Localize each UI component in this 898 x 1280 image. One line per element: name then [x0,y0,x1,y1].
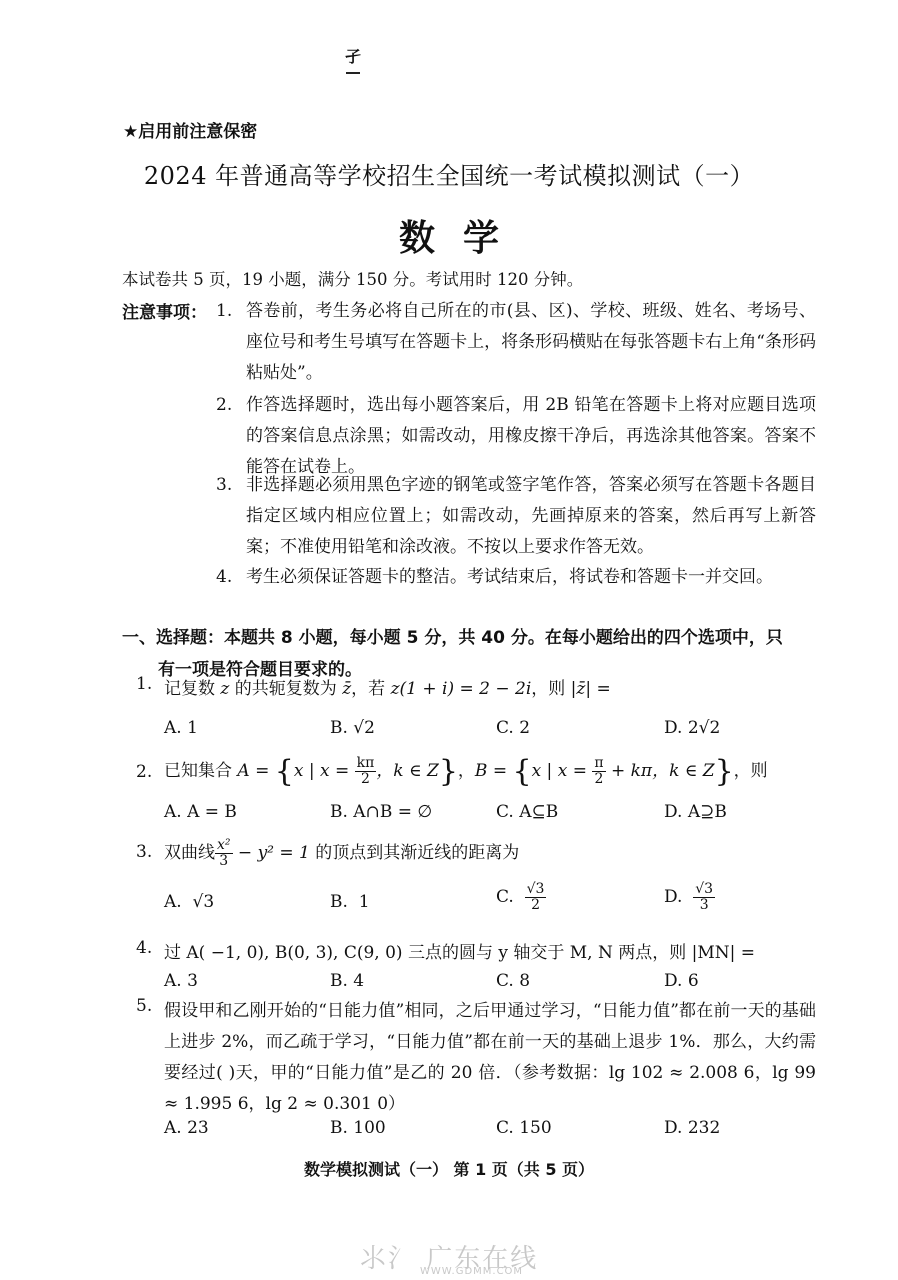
math-expression: z(1 + i) = 2 − 2i [391,679,532,699]
numerator: √3 [693,882,715,898]
options-row: A. √3 B. 1 C. √32 D. √33 [164,892,824,932]
option-c: C. A⊆B [496,802,558,822]
option-b: B. 100 [330,1118,386,1138]
option-label: A. [164,892,182,912]
option-b: B. √2 [330,718,375,738]
denominator: 2 [525,898,547,913]
options-row: A. A = B B. A∩B = ∅ C. A⊆B D. A⊇B [164,802,824,832]
option-b: B. 4 [330,971,364,991]
denominator: 2 [592,772,605,787]
question-4: 4. 过 A( −1, 0), B(0, 3), C(9, 0) 三点的圆与 y… [136,938,816,969]
watermark: ⺢⺡ 广东在线 WWW.GDMM.COM [360,1238,560,1280]
confidential-notice: ★启用前注意保密 [123,117,257,142]
option-d: D. 232 [664,1118,720,1138]
fraction: x²3 [215,838,233,869]
option-d: D. √33 [664,882,715,913]
math-expression: + kπ，k ∈ Z [606,761,715,781]
option-a: A. A = B [164,802,237,822]
right-brace: } [439,754,458,789]
option-value: √3 [193,892,215,912]
right-brace: } [715,754,734,789]
watermark-url: WWW.GDMM.COM [420,1266,523,1277]
option-d: D. 2√2 [664,718,720,738]
note-text: 考生必须保证答题卡的整洁。考试结束后，将试卷和答题卡一并交回。 [246,562,816,593]
exam-title: 2024 年普通高等学校招生全国统一考试模拟测试（一） [0,156,898,191]
question-stem: 已知集合 A = {x | x = kπ2，k ∈ Z}，B = {x | x … [164,756,816,787]
math-expression: − y² = 1 [233,843,316,863]
question-5: 5. 假设甲和乙刚开始的“日能力值”相同，之后甲通过学习，“日能力值”都在前一天… [136,996,816,1120]
fraction: √32 [525,882,547,913]
options-row: A. 23 B. 100 C. 150 D. 232 [164,1118,824,1148]
option-label: D. [664,887,682,907]
option-label: C. [496,887,514,907]
option-a: A. 1 [164,718,198,738]
left-brace: { [512,754,531,789]
question-stem: 记复数 z 的共轭复数为 z̄，若 z(1 + i) = 2 − 2i，则 |z… [164,674,816,705]
section-heading-line1: 一、选择题：本题共 8 小题，每小题 5 分，共 40 分。在每小题给出的四个选… [122,628,783,648]
option-c: C. 8 [496,971,530,991]
numerator: π [592,756,605,772]
question-stem: 假设甲和乙刚开始的“日能力值”相同，之后甲通过学习，“日能力值”都在前一天的基础… [164,996,816,1120]
option-d: D. A⊇B [664,802,727,822]
option-c: C. 2 [496,718,530,738]
option-c: C. 150 [496,1118,552,1138]
stem-text: | = [585,679,610,699]
math-expression: A = [237,761,274,781]
question-number: 4. [136,938,152,958]
notes-label: 注意事项： [122,298,207,323]
question-number: 5. [136,996,152,1016]
option-c: C. √32 [496,882,546,913]
denominator: 2 [355,772,377,787]
question-number: 3. [136,842,152,862]
stem-text: ，则 | [531,679,576,699]
math-var: x [532,761,542,781]
options-row: A. 1 B. √2 C. 2 D. 2√2 [164,718,824,748]
option-a: A. √3 [164,892,214,912]
option-a: A. 3 [164,971,198,991]
note-text: 非选择题必须用黑色字迹的钢笔或签字笔作答，答案必须写在答题卡各题目指定区域内相应… [246,470,816,563]
option-d: D. 6 [664,971,699,991]
question-stem: 双曲线x²3 − y² = 1 的顶点到其渐近线的距离为 [164,838,816,869]
stem-text: ， [458,761,475,781]
stem-text: 双曲线 [164,843,215,863]
option-b: B. A∩B = ∅ [330,802,432,822]
fraction: √33 [693,882,715,913]
option-b: B. 1 [330,892,370,912]
page-footer: 数学模拟测试（一） 第 1 页（共 5 页） [0,1157,898,1180]
numerator: kπ [355,756,377,772]
denominator: 3 [693,898,715,913]
math-expression: ，k ∈ Z [376,761,439,781]
stem-text: 的顶点到其渐近线的距离为 [315,843,519,863]
left-brace: { [275,754,294,789]
option-value: 1 [359,892,370,912]
note-number: 4. [216,562,242,593]
numerator: √3 [525,882,547,898]
fraction: π2 [592,756,605,787]
stem-text: ，若 [351,679,390,699]
stem-text: 已知集合 [164,761,237,781]
stem-text: 记复数 [164,679,220,699]
note-text: 答卷前，考生务必将自己所在的市(县、区)、学校、班级、姓名、考场号、座位号和考生… [246,296,816,389]
math-var: x [294,761,304,781]
question-1: 1. 记复数 z 的共轭复数为 z̄，若 z(1 + i) = 2 − 2i，则… [136,674,816,705]
question-stem: 过 A( −1, 0), B(0, 3), C(9, 0) 三点的圆与 y 轴交… [164,938,816,969]
note-item: 3. 非选择题必须用黑色字迹的钢笔或签字笔作答，答案必须写在答题卡各题目指定区域… [216,470,816,563]
numerator: x² [215,838,233,854]
math-var: z̄ [342,679,351,699]
exam-info: 本试卷共 5 页，19 小题，满分 150 分。考试用时 120 分钟。 [122,266,583,290]
math-expression: B = [475,761,513,781]
math-expression: x = [558,761,593,781]
question-3: 3. 双曲线x²3 − y² = 1 的顶点到其渐近线的距离为 [136,838,816,869]
note-item: 1. 答卷前，考生务必将自己所在的市(县、区)、学校、班级、姓名、考场号、座位号… [216,296,816,389]
subject-title: 数学 [0,210,898,261]
note-item: 4. 考生必须保证答题卡的整洁。考试结束后，将试卷和答题卡一并交回。 [216,562,816,593]
stem-text: 的共轭复数为 [229,679,342,699]
scan-dash [346,72,360,74]
option-label: B. [330,892,348,912]
question-number: 1. [136,674,152,694]
question-2: 2. 已知集合 A = {x | x = kπ2，k ∈ Z}，B = {x |… [136,756,816,787]
stem-text: ，则 [734,761,768,781]
option-a: A. 23 [164,1118,209,1138]
question-number: 2. [136,762,152,782]
math-expression: x = [320,761,355,781]
note-number: 3. [216,470,242,501]
scan-mark: 孑 [345,44,361,67]
note-number: 1. [216,296,242,327]
denominator: 3 [215,854,233,869]
fraction: kπ2 [355,756,377,787]
note-number: 2. [216,390,242,421]
